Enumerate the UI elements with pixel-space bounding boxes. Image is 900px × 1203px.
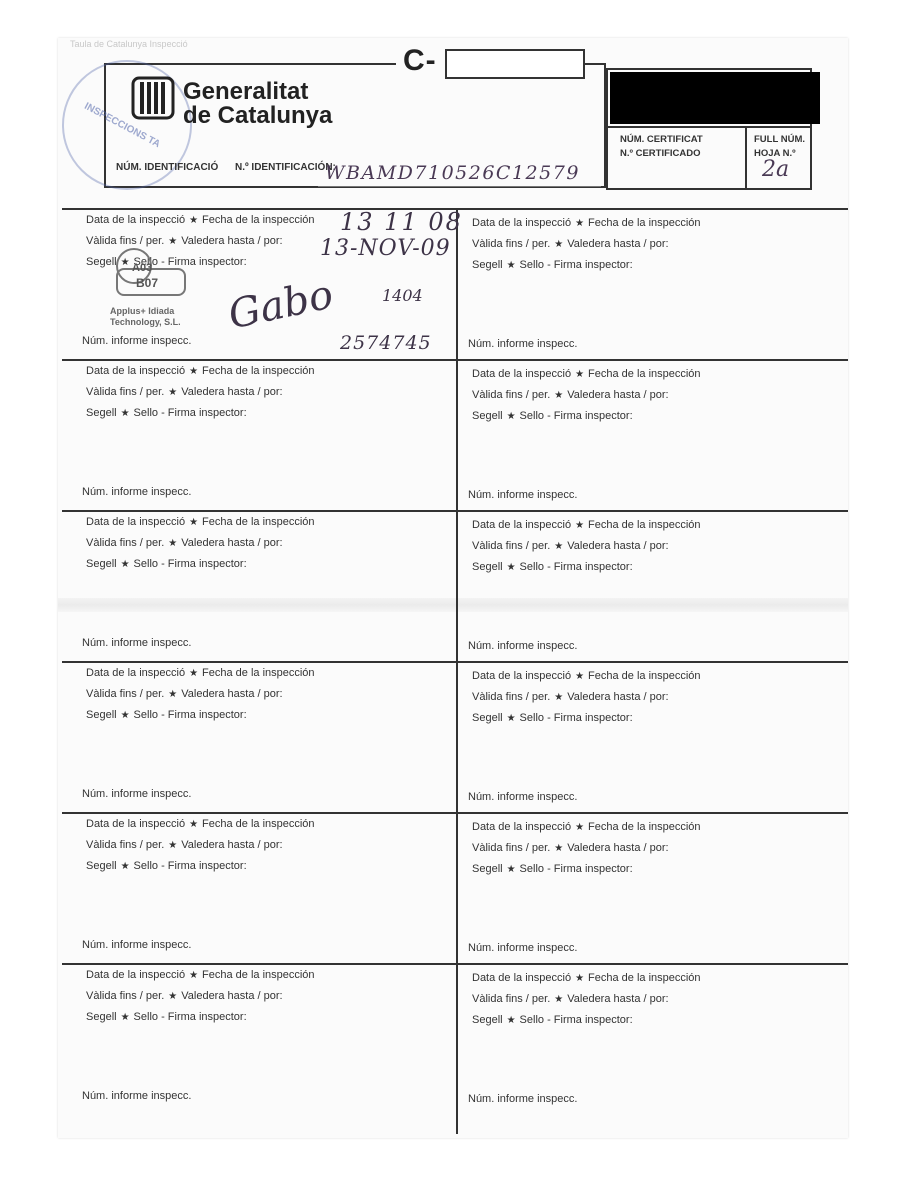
star-icon: ★ <box>575 822 584 833</box>
sheet-label-ca: FULL NÚM. <box>754 133 805 147</box>
seal-signature-label: Segell★Sello - Firma inspector: <box>472 410 633 422</box>
valid-until-label: Vàlida fins / per.★Valedera hasta / por: <box>86 839 283 851</box>
id-label-es: N.º IDENTIFICACIÓN: <box>235 162 336 173</box>
inspection-entry: Data de la inspecció★Fecha de la inspecc… <box>86 667 446 810</box>
star-icon: ★ <box>121 559 130 570</box>
id-underline <box>318 186 601 187</box>
inspection-date-label: Data de la inspecció★Fecha de la inspecc… <box>86 516 315 528</box>
id-label-ca: NÚM. IDENTIFICACIÓ <box>116 162 218 173</box>
inspection-date-label: Data de la inspecció★Fecha de la inspecc… <box>86 667 315 679</box>
identification-labels: NÚM. IDENTIFICACIÓ N.º IDENTIFICACIÓN: <box>116 162 350 173</box>
inspection-date-label: Data de la inspecció★Fecha de la inspecc… <box>86 365 315 377</box>
inspection-date-value[interactable]: 13 11 08 <box>340 208 463 236</box>
star-icon: ★ <box>575 218 584 229</box>
valid-until-label: Vàlida fins / per.★Valedera hasta / por: <box>472 389 669 401</box>
valid-until-label: Vàlida fins / per.★Valedera hasta / por: <box>472 993 669 1005</box>
report-number-label: Núm. informe inspecc. <box>468 942 577 954</box>
report-number-label: Núm. informe inspecc. <box>82 637 191 649</box>
sheet-number-value[interactable]: 2a <box>762 157 789 182</box>
seal-company-line2: Technology, S.L. <box>110 317 200 328</box>
star-icon: ★ <box>168 689 177 700</box>
grid-column-divider <box>456 208 458 1134</box>
star-icon: ★ <box>168 840 177 851</box>
seal-signature-label: Segell★Sello - Firma inspector: <box>86 1011 247 1023</box>
cert-label-ca: NÚM. CERTIFICAT <box>620 133 703 147</box>
report-number-label: Núm. informe inspecc. <box>468 338 577 350</box>
star-icon: ★ <box>168 538 177 549</box>
star-icon: ★ <box>189 215 198 226</box>
inspection-date-label: Data de la inspecció★Fecha de la inspecc… <box>472 972 701 984</box>
seal-signature-label: Segell★Sello - Firma inspector: <box>86 407 247 419</box>
star-icon: ★ <box>189 668 198 679</box>
star-icon: ★ <box>507 260 516 271</box>
report-number-label: Núm. informe inspecc. <box>82 335 191 347</box>
seal-signature-label: Segell★Sello - Firma inspector: <box>472 712 633 724</box>
seal-code-bottom: B07 <box>136 276 158 290</box>
inspection-date-label: Data de la inspecció★Fecha de la inspecc… <box>472 368 701 380</box>
inspection-entry: Data de la inspecció★Fecha de la inspecc… <box>86 969 446 1112</box>
star-icon: ★ <box>575 973 584 984</box>
company-seal: A03 B07 Applus+ Idiada Technology, S.L. <box>112 248 190 308</box>
inspection-entry: Data de la inspecció★Fecha de la inspecc… <box>472 821 832 964</box>
star-icon: ★ <box>189 819 198 830</box>
seal-company-line1: Applus+ Idiada <box>110 306 200 317</box>
valid-until-label: Vàlida fins / per.★Valedera hasta / por: <box>86 537 283 549</box>
star-icon: ★ <box>554 541 563 552</box>
star-icon: ★ <box>554 692 563 703</box>
inspection-grid: Data de la inspecció★Fecha de la inspecc… <box>62 208 848 1136</box>
inspector-code: 1404 <box>382 286 423 305</box>
generalitat-logo-icon <box>131 76 175 120</box>
report-number-label: Núm. informe inspecc. <box>82 788 191 800</box>
valid-until-label: Vàlida fins / per.★Valedera hasta / por: <box>86 688 283 700</box>
inspection-entry: Data de la inspecció★Fecha de la inspecc… <box>472 972 832 1115</box>
inspection-date-label: Data de la inspecció★Fecha de la inspecc… <box>86 214 315 226</box>
inspection-date-label: Data de la inspecció★Fecha de la inspecc… <box>472 821 701 833</box>
seal-signature-label: Segell★Sello - Firma inspector: <box>86 558 247 570</box>
inspection-date-label: Data de la inspecció★Fecha de la inspecc… <box>472 519 701 531</box>
inspection-entry: Data de la inspecció★Fecha de la inspecc… <box>472 670 832 813</box>
report-number-label: Núm. informe inspecc. <box>82 486 191 498</box>
inspection-entry: Data de la inspecció★Fecha de la inspecc… <box>472 368 832 511</box>
star-icon: ★ <box>507 713 516 724</box>
logo-line-1: Generalitat <box>183 80 332 104</box>
star-icon: ★ <box>507 1015 516 1026</box>
valid-until-label: Vàlida fins / per.★Valedera hasta / por: <box>472 691 669 703</box>
certificate-prefix: C- <box>403 44 437 78</box>
star-icon: ★ <box>507 562 516 573</box>
certificate-number-label: NÚM. CERTIFICAT N.º CERTIFICADO <box>620 133 703 161</box>
valid-until-label: Vàlida fins / per.★Valedera hasta / por: <box>86 990 283 1002</box>
star-icon: ★ <box>554 239 563 250</box>
cert-label-es: N.º CERTIFICADO <box>620 147 703 161</box>
valid-until-label: Vàlida fins / per.★Valedera hasta / por: <box>472 540 669 552</box>
star-icon: ★ <box>554 994 563 1005</box>
report-number-label: Núm. informe inspecc. <box>468 489 577 501</box>
seal-code-top: A03 <box>132 262 152 274</box>
inspection-entry: Data de la inspecció★Fecha de la inspecc… <box>86 818 446 961</box>
valid-until-label: Vàlida fins / per.★Valedera hasta / por: <box>472 842 669 854</box>
certificate-divider <box>606 126 812 128</box>
inspection-entry: Data de la inspecció★Fecha de la inspecc… <box>86 365 446 508</box>
redacted-block <box>610 72 820 124</box>
star-icon: ★ <box>121 1012 130 1023</box>
star-icon: ★ <box>121 710 130 721</box>
star-icon: ★ <box>507 411 516 422</box>
star-icon: ★ <box>121 408 130 419</box>
inspection-date-label: Data de la inspecció★Fecha de la inspecc… <box>472 217 701 229</box>
star-icon: ★ <box>168 236 177 247</box>
inspection-entry: Data de la inspecció★Fecha de la inspecc… <box>472 217 832 360</box>
generalitat-title: Generalitat de Catalunya <box>183 80 332 128</box>
certificate-divider <box>745 126 747 189</box>
inspection-date-label: Data de la inspecció★Fecha de la inspecc… <box>86 969 315 981</box>
report-number-label: Núm. informe inspecc. <box>82 939 191 951</box>
star-icon: ★ <box>575 369 584 380</box>
report-number-label: Núm. informe inspecc. <box>468 1093 577 1105</box>
seal-signature-label: Segell★Sello - Firma inspector: <box>472 561 633 573</box>
seal-signature-label: Segell★Sello - Firma inspector: <box>86 709 247 721</box>
star-icon: ★ <box>554 390 563 401</box>
report-number-label: Núm. informe inspecc. <box>468 791 577 803</box>
star-icon: ★ <box>189 970 198 981</box>
seal-signature-label: Segell★Sello - Firma inspector: <box>472 1014 633 1026</box>
star-icon: ★ <box>575 671 584 682</box>
seal-company: Applus+ Idiada Technology, S.L. <box>110 306 200 328</box>
star-icon: ★ <box>189 366 198 377</box>
star-icon: ★ <box>575 520 584 531</box>
faint-header-text: Taula de Catalunya Inspecció <box>70 39 188 49</box>
star-icon: ★ <box>168 991 177 1002</box>
valid-until-label: Vàlida fins / per.★Valedera hasta / por: <box>86 386 283 398</box>
star-icon: ★ <box>189 517 198 528</box>
seal-signature-label: Segell★Sello - Firma inspector: <box>472 863 633 875</box>
inspection-date-label: Data de la inspecció★Fecha de la inspecc… <box>472 670 701 682</box>
logo-line-2: de Catalunya <box>183 104 332 128</box>
star-icon: ★ <box>554 843 563 854</box>
report-number-value[interactable]: 2574745 <box>340 332 432 354</box>
valid-until-label: Vàlida fins / per.★Valedera hasta / por: <box>86 235 283 247</box>
identification-value[interactable]: WBAMD710526C12579 <box>325 162 580 184</box>
inspection-entry: Data de la inspecció★Fecha de la inspecc… <box>86 516 446 659</box>
certificate-number-box[interactable] <box>445 49 585 79</box>
star-icon: ★ <box>168 387 177 398</box>
star-icon: ★ <box>121 861 130 872</box>
valid-until-value[interactable]: 13-NOV-09 <box>320 236 451 261</box>
report-number-label: Núm. informe inspecc. <box>468 640 577 652</box>
valid-until-label: Vàlida fins / per.★Valedera hasta / por: <box>472 238 669 250</box>
inspection-date-label: Data de la inspecció★Fecha de la inspecc… <box>86 818 315 830</box>
inspection-entry: Data de la inspecció★Fecha de la inspecc… <box>472 519 832 662</box>
star-icon: ★ <box>507 864 516 875</box>
report-number-label: Núm. informe inspecc. <box>82 1090 191 1102</box>
seal-signature-label: Segell★Sello - Firma inspector: <box>472 259 633 271</box>
seal-signature-label: Segell★Sello - Firma inspector: <box>86 860 247 872</box>
